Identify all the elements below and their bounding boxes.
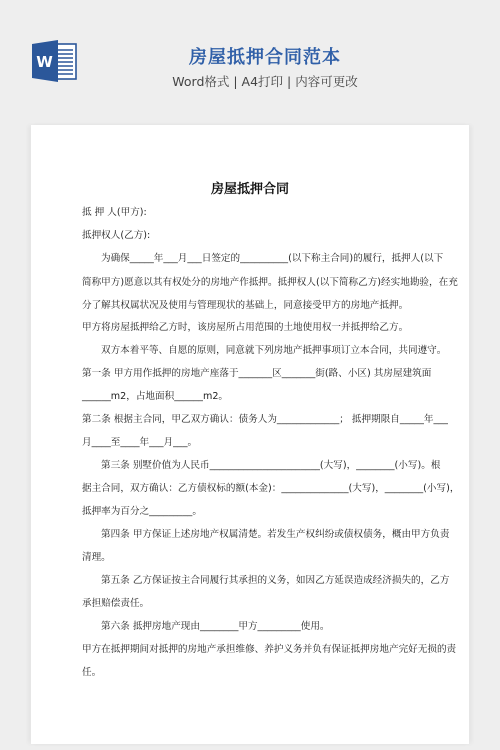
document-line: 简称甲方)愿意以其有权处分的房地产作抵押。抵押权人(以下简称乙方)经实地勘验，在… bbox=[82, 276, 427, 290]
document-line: 据主合同，双方确认：乙方债权标的额(本金)：______________(大写)… bbox=[82, 482, 427, 496]
document-page: 房屋抵押合同 抵 押 人(甲方): 抵押权人(乙方): 为确保_____年___… bbox=[31, 125, 469, 744]
document-line: 第三条 别墅价值为人民币_______________________(大写)，… bbox=[101, 459, 446, 473]
document-line: 承担赔偿责任。 bbox=[82, 597, 427, 611]
document-line: 分了解其权属状况及使用与管理现状的基础上，同意接受甲方的房地产抵押。 bbox=[82, 299, 427, 313]
document-line: ______m2，占地面积______m2。 bbox=[82, 390, 427, 404]
document-line: 抵 押 人(甲方): bbox=[82, 206, 427, 220]
svg-text:W: W bbox=[36, 53, 53, 71]
header: W 房屋抵押合同范本 Word格式 | A4打印 | 内容可更改 bbox=[0, 0, 500, 120]
document-line: 甲方在抵押期间对抵押的房地产承担维修、养护义务并负有保证抵押房地产完好无损的责 bbox=[82, 643, 427, 657]
page-title: 房屋抵押合同范本 bbox=[150, 46, 380, 70]
document-line: 第二条 根据主合同，甲乙双方确认：债务人为_____________； 抵押期限… bbox=[82, 413, 427, 427]
document-line: 双方本着平等、自愿的原则，同意就下列房地产抵押事项订立本合同，共同遵守。 bbox=[101, 344, 446, 358]
document-line: 甲方将房屋抵押给乙方时，该房屋所占用范围的土地使用权一并抵押给乙方。 bbox=[82, 321, 427, 335]
document-line: 清理。 bbox=[82, 551, 427, 565]
document-line: 第五条 乙方保证按主合同履行其承担的义务，如因乙方延误造成经济损失的，乙方 bbox=[101, 574, 446, 588]
document-line: 抵押权人(乙方): bbox=[82, 229, 427, 243]
word-document-icon: W bbox=[31, 40, 77, 82]
document-line: 第六条 抵押房地产现由________甲方_________使用。 bbox=[101, 620, 446, 634]
document-line: 第一条 甲方用作抵押的房地产座落于_______区_______街(路、小区) … bbox=[82, 367, 427, 381]
document-line: 月____至____年___月___。 bbox=[82, 436, 427, 450]
document-line: 抵押率为百分之_________。 bbox=[82, 505, 427, 519]
document-title: 房屋抵押合同 bbox=[31, 181, 469, 199]
document-line: 任。 bbox=[82, 666, 427, 680]
document-line: 第四条 甲方保证上述房地产权属清楚。若发生产权纠纷或债权债务，概由甲方负责 bbox=[101, 528, 446, 542]
page-subtitle: Word格式 | A4打印 | 内容可更改 bbox=[150, 73, 380, 91]
document-line: 为确保_____年___月___日签定的__________(以下称主合同)的履… bbox=[101, 252, 446, 266]
